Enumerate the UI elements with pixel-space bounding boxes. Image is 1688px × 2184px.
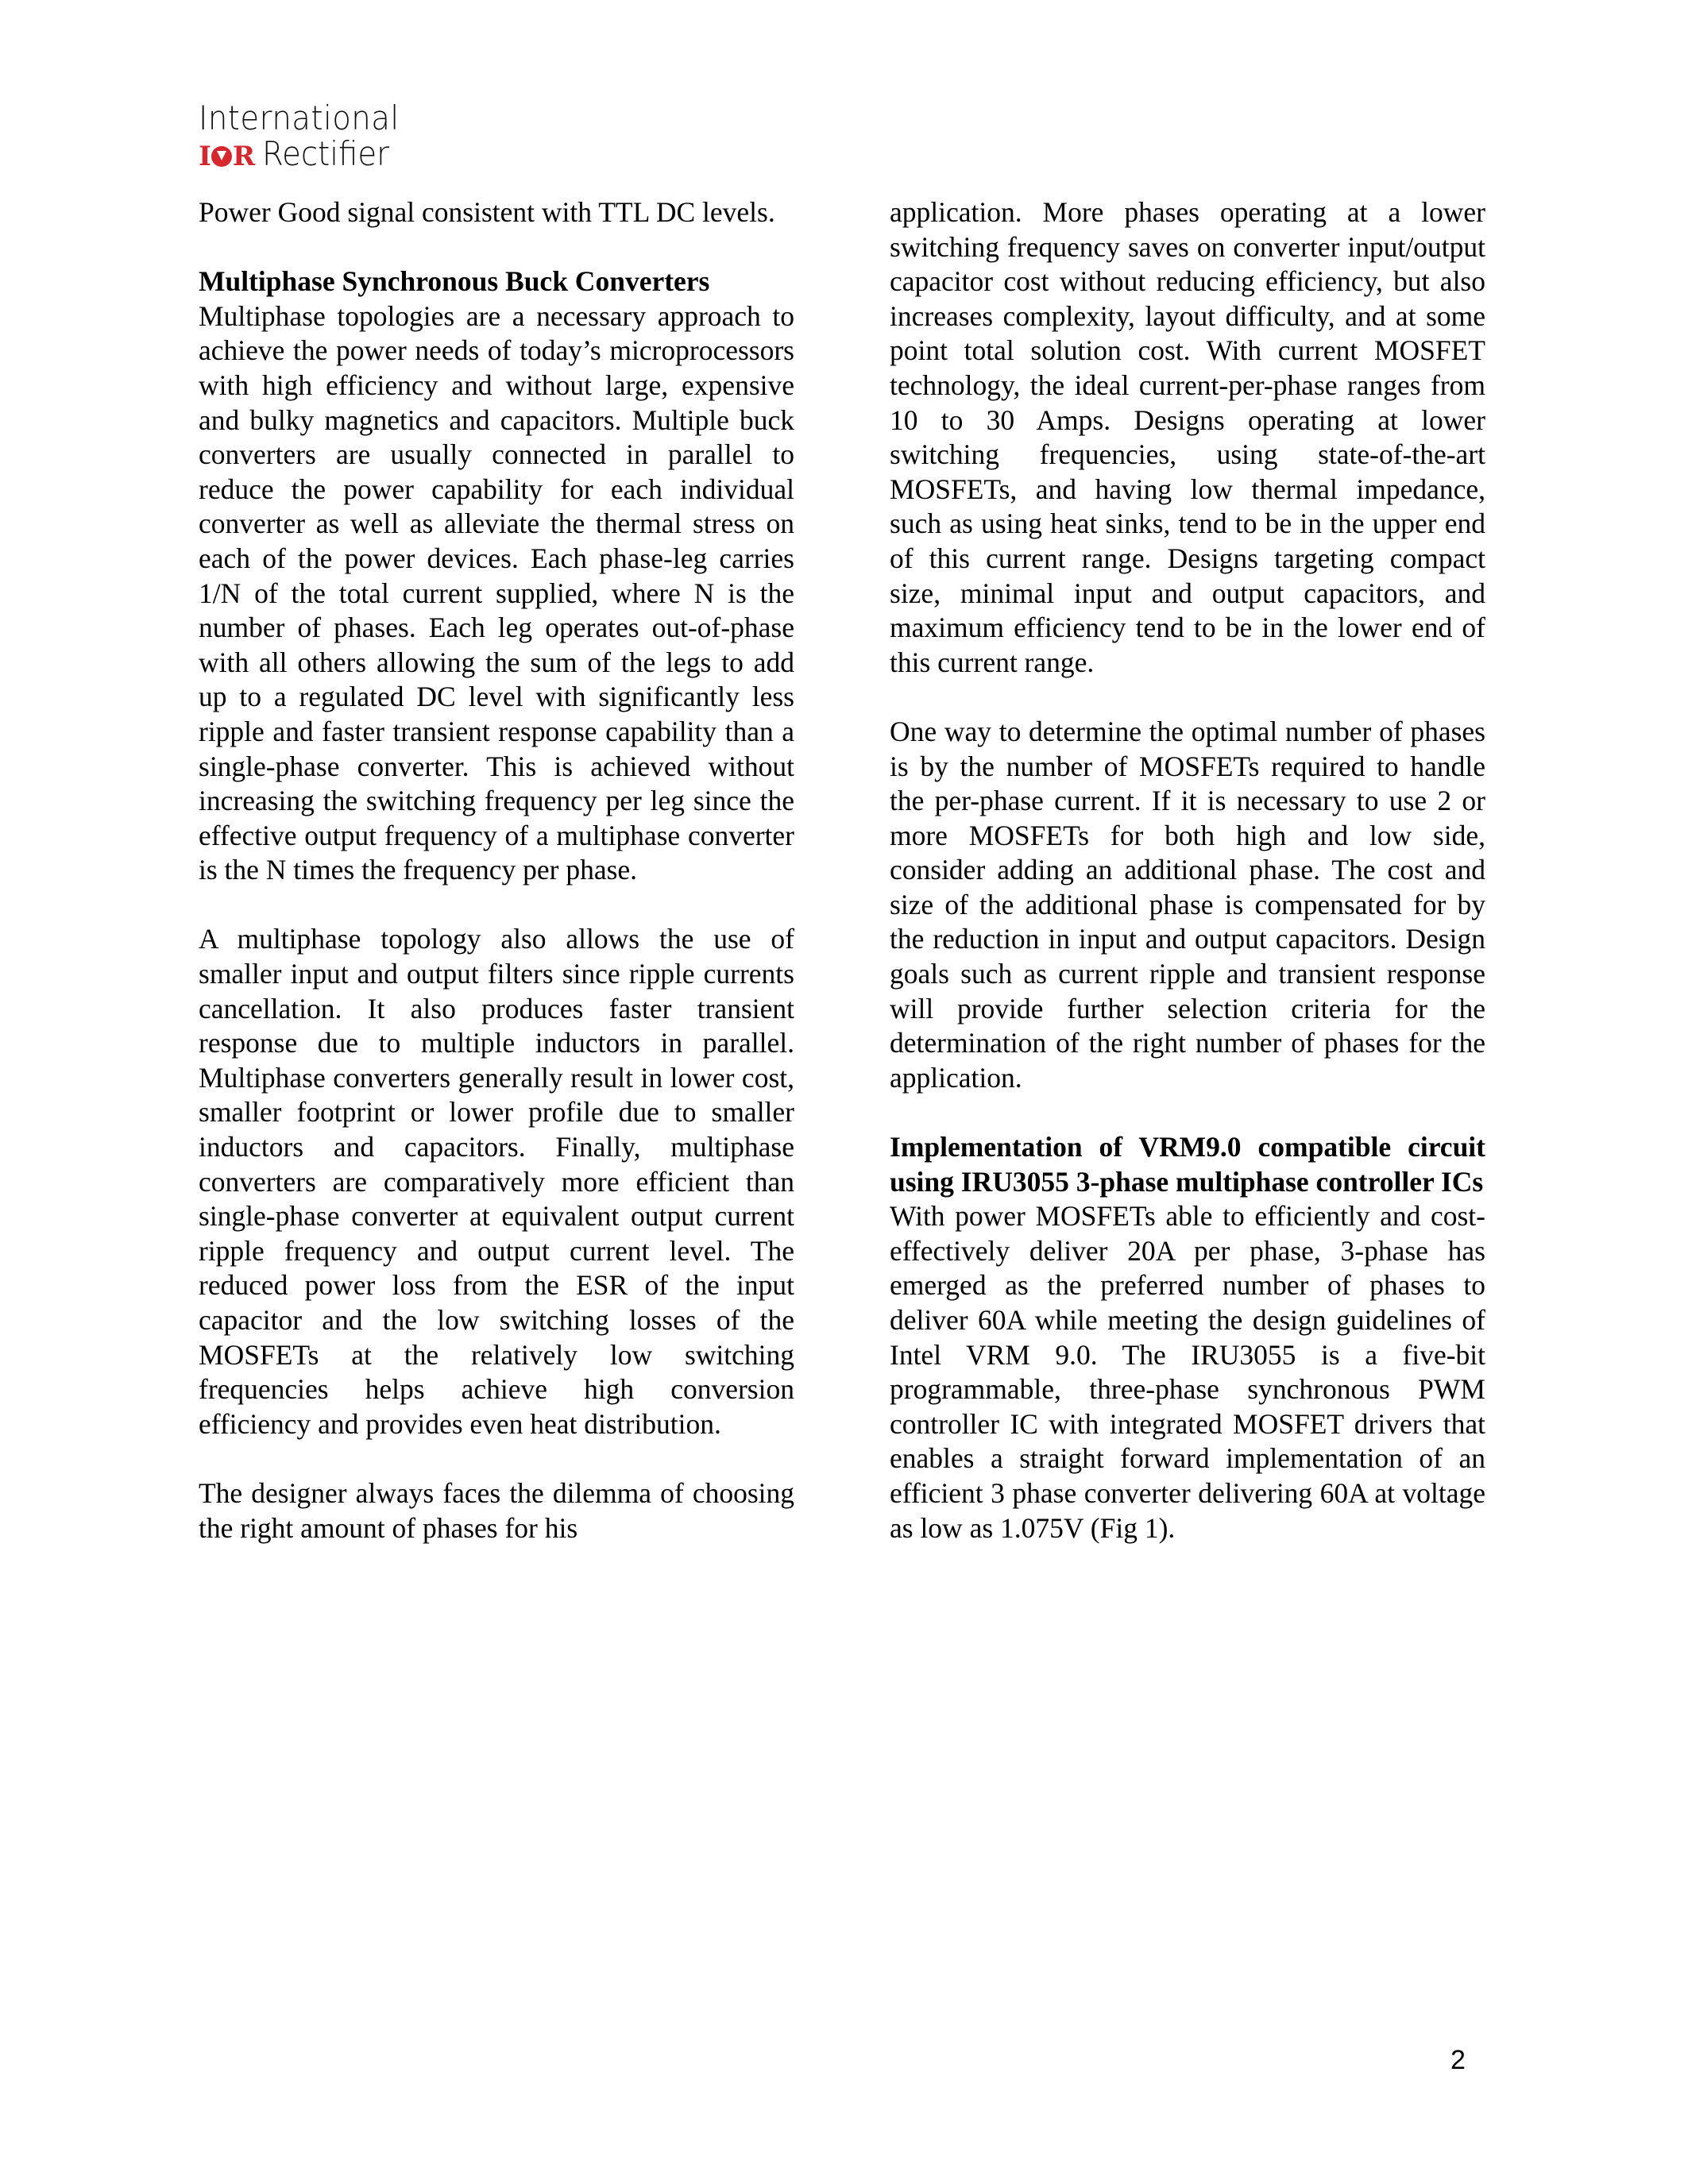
ior-triangle-emblem-icon (211, 146, 232, 167)
page-number: 2 (1450, 2045, 1466, 2076)
ior-brand-mark-icon: IR (199, 141, 254, 172)
logo-line-international: International (199, 99, 388, 137)
paragraph-power-good: Power Good signal consistent with TTL DC… (199, 195, 794, 230)
paragraph-designer-dilemma: The designer always faces the dilemma of… (199, 1476, 794, 1545)
left-column: Power Good signal consistent with TTL DC… (199, 195, 794, 1580)
logo-line-rectifier-row: IR Rectifier (199, 134, 405, 173)
paragraph-iru3055: With power MOSFETs able to efficiently a… (890, 1199, 1485, 1545)
paragraph-application-phases: application. More phases operating at a … (890, 195, 1485, 680)
paragraph-optimal-phases: One way to determine the optimal number … (890, 715, 1485, 1096)
paragraph-multiphase-benefits: A multiphase topology also allows the us… (199, 922, 794, 1441)
heading-vrm-implementation: Implementation of VRM9.0 compatible circ… (890, 1130, 1485, 1199)
right-column: application. More phases operating at a … (890, 195, 1485, 1580)
paragraph-multiphase-topologies: Multiphase topologies are a necessary ap… (199, 299, 794, 888)
company-logo: International IR Rectifier (199, 99, 405, 173)
heading-multiphase-buck: Multiphase Synchronous Buck Converters (199, 264, 794, 299)
logo-line-rectifier: Rectifier (262, 134, 389, 173)
